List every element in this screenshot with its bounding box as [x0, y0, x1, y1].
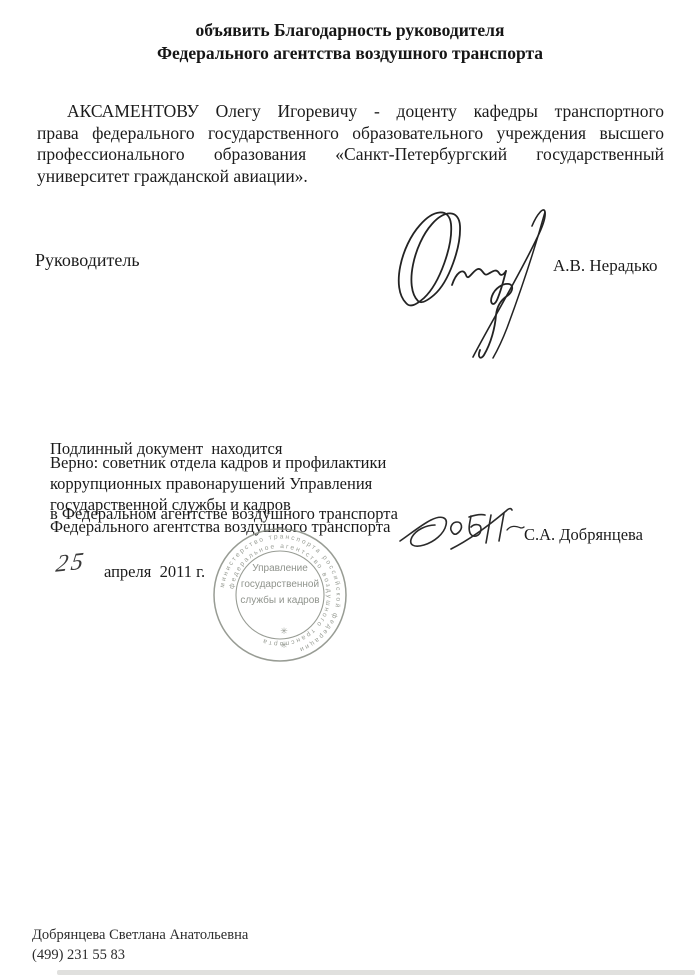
stamp-center-line-2: государственной	[241, 579, 319, 590]
signatory-name: А.В. Нерадько	[553, 256, 658, 276]
certifier-signature-ink	[395, 505, 530, 560]
certify-line: коррупционных правонарушений Управления	[50, 473, 390, 494]
body-line: университет гражданской авиации».	[37, 166, 664, 188]
header-line-2: Федерального агентства воздушного трансп…	[0, 42, 700, 65]
stamp-center-line-1: Управление	[252, 563, 308, 574]
scan-artifact-bar	[57, 970, 695, 975]
footer-contact-phone: (499) 231 55 83	[32, 945, 248, 965]
scanned-document-page: { "doc": { "header_line1": "объявить Бла…	[0, 0, 700, 980]
certifier-name: С.А. Добрянцева	[524, 525, 643, 545]
certify-line: Верно: советник отдела кадров и профилак…	[50, 452, 390, 473]
document-body-paragraph: АКСАМЕНТОВУ Олегу Игоревичу - доценту ка…	[37, 101, 664, 187]
head-signature-ink	[385, 188, 560, 370]
document-header: объявить Благодарность руководителя Феде…	[0, 19, 700, 65]
footer-contact: Добрянцева Светлана Анатольевна (499) 23…	[32, 925, 248, 965]
body-line: права федерального государственного обра…	[37, 123, 664, 145]
stamp-center-line-3: службы и кадров	[240, 594, 319, 606]
date-day-handwritten: 25	[54, 548, 88, 579]
header-line-1: объявить Благодарность руководителя	[0, 19, 700, 42]
body-line: профессионального образования «Санкт-Пет…	[37, 144, 664, 166]
official-round-stamp: министерство транспорта российской федер…	[185, 500, 375, 690]
stamp-star-mark: ✳	[280, 641, 288, 651]
stamp-star-mark: ✳	[280, 627, 288, 637]
signatory-title: Руководитель	[35, 250, 140, 271]
footer-contact-name: Добрянцева Светлана Анатольевна	[32, 925, 248, 945]
body-line: АКСАМЕНТОВУ Олегу Игоревичу - доценту ка…	[37, 101, 664, 123]
